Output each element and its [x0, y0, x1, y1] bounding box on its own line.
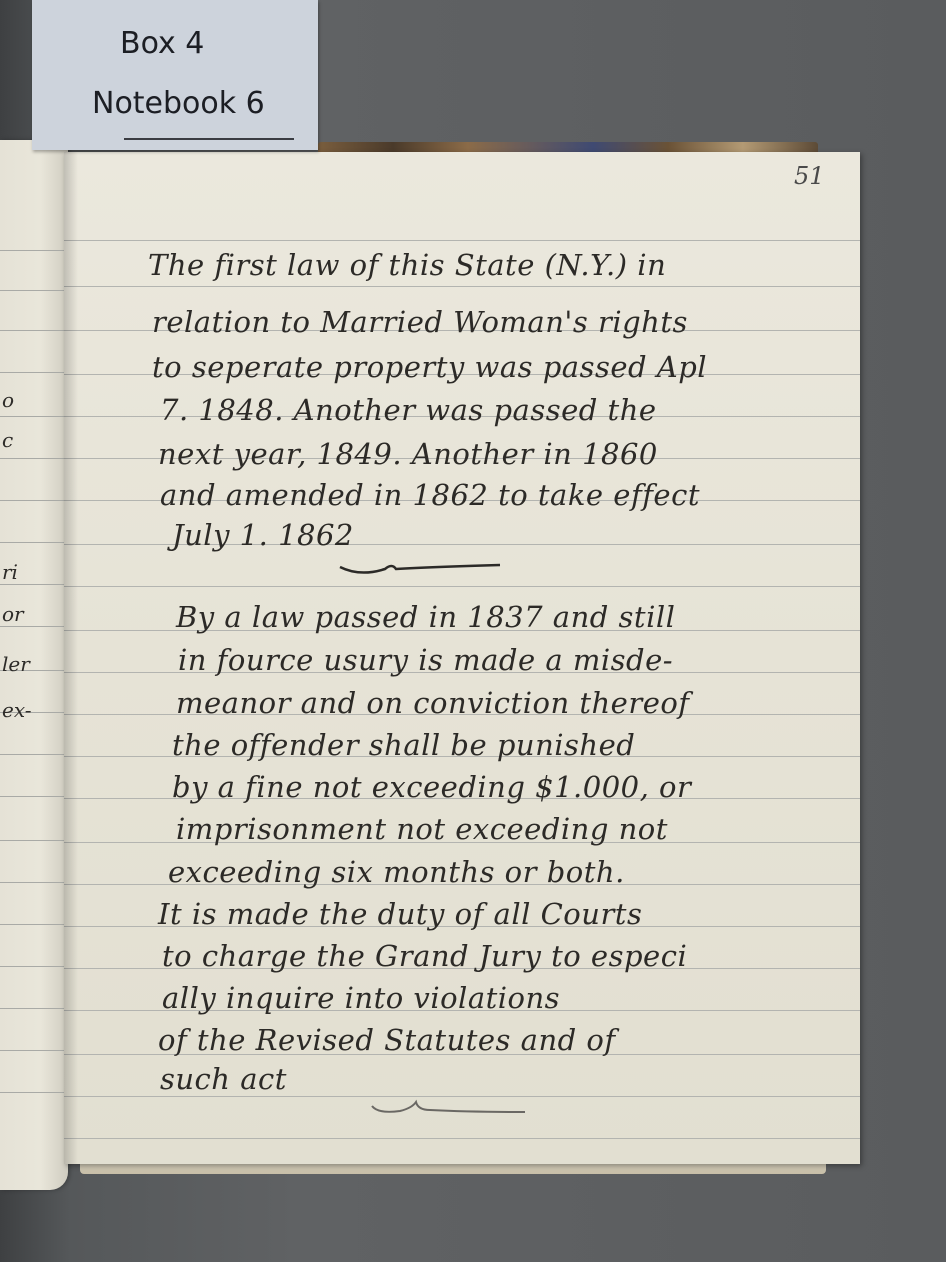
rule-line	[0, 1008, 66, 1009]
left-page-fragment: c	[2, 428, 13, 452]
rule-line	[0, 966, 66, 967]
rule-line	[64, 240, 860, 241]
rule-line	[0, 330, 66, 331]
rule-line	[64, 1138, 860, 1139]
left-page-fragment: ler	[2, 652, 30, 676]
handwritten-line: By a law passed in 1837 and still	[176, 600, 675, 634]
handwritten-line: July 1. 1862	[172, 518, 354, 552]
handwritten-line: The first law of this State (N.Y.) in	[148, 248, 666, 282]
section-divider-flourish	[330, 555, 510, 579]
page-gutter-shadow	[64, 152, 78, 1164]
rule-line	[0, 584, 66, 585]
rule-line	[0, 882, 66, 883]
rule-line	[0, 372, 66, 373]
handwritten-line: ally inquire into violations	[162, 981, 560, 1015]
rule-line	[64, 1096, 860, 1097]
handwritten-line: of the Revised Statutes and of	[158, 1023, 616, 1057]
handwritten-line: 7. 1848. Another was passed the	[160, 393, 657, 427]
rule-line	[0, 754, 66, 755]
handwritten-line: in fource usury is made a misde-	[178, 643, 673, 677]
rule-line	[0, 796, 66, 797]
rule-line	[0, 250, 66, 251]
rule-line	[0, 626, 66, 627]
rule-line	[0, 416, 66, 417]
section-divider-flourish	[360, 1098, 540, 1122]
handwritten-line: the offender shall be punished	[172, 728, 635, 762]
rule-line	[64, 286, 860, 287]
archival-label-card: Box 4 Notebook 6	[32, 0, 318, 150]
left-page-fragment: o	[2, 388, 14, 412]
handwritten-line: It is made the duty of all Courts	[158, 897, 642, 931]
left-page-fragment: or	[2, 602, 24, 626]
rule-line	[0, 1050, 66, 1051]
handwritten-line: to seperate property was passed Apl	[152, 350, 707, 384]
rule-line	[0, 1092, 66, 1093]
handwritten-line: meanor and on conviction thereof	[176, 686, 690, 720]
handwritten-line: next year, 1849. Another in 1860	[158, 437, 658, 471]
left-page-fragment: ri	[2, 560, 18, 584]
rule-line	[0, 290, 66, 291]
handwritten-line: relation to Married Woman's rights	[152, 305, 688, 339]
rule-line	[0, 924, 66, 925]
left-page: o c ri or ler ex-	[0, 140, 68, 1190]
handwritten-line: exceeding six months or both.	[168, 855, 625, 889]
left-page-fragment: ex-	[2, 698, 32, 722]
handwritten-line: such act	[160, 1062, 287, 1096]
page-number: 51	[794, 162, 825, 190]
rule-line	[0, 500, 66, 501]
handwritten-line: imprisonment not exceeding not	[176, 812, 668, 846]
rule-line	[0, 458, 66, 459]
label-underline	[124, 138, 294, 140]
box-label: Box 4	[120, 26, 204, 61]
handwritten-line: by a fine not exceeding $1.000, or	[172, 770, 691, 804]
notebook-label: Notebook 6	[92, 86, 265, 121]
rule-line	[64, 586, 860, 587]
rule-line	[0, 840, 66, 841]
handwritten-line: and amended in 1862 to take effect	[160, 478, 700, 512]
rule-line	[0, 542, 66, 543]
handwritten-line: to charge the Grand Jury to especi	[162, 939, 687, 973]
